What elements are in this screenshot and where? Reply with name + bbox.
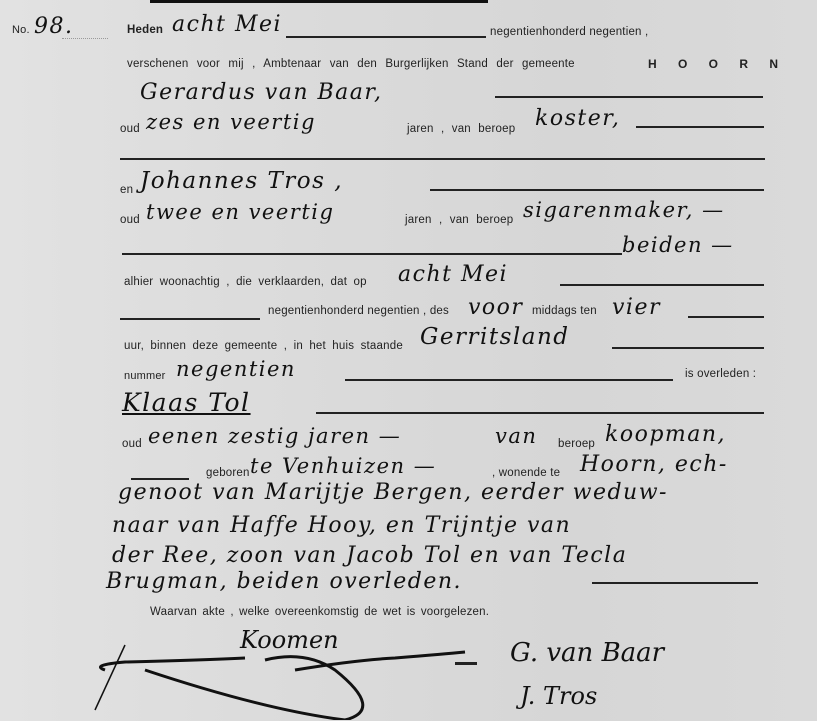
registrar-signature: Koomen xyxy=(240,626,339,654)
location-text: uur, binnen deze gemeente , in het huis … xyxy=(124,340,403,352)
label-van: van xyxy=(495,424,537,448)
both-text: beiden — xyxy=(622,233,734,257)
label-year: negentienhonderd negentien , des xyxy=(268,305,449,317)
witness2-occupation: sigarenmaker, — xyxy=(523,198,725,222)
death-date: acht Mei xyxy=(398,262,508,287)
appearance-text: verschenen voor mij , Ambtenaar van den … xyxy=(127,58,575,70)
witness2-age: twee en veertig xyxy=(146,200,334,224)
record-number: 98. xyxy=(34,14,74,39)
label-age-occupation: jaren , van beroep xyxy=(405,214,513,226)
deceased-age: eenen zestig jaren — xyxy=(148,424,401,448)
closing-statement: Waarvan akte , welke overeenkomstig de w… xyxy=(150,606,489,618)
birthplace: te Venhuizen — xyxy=(250,454,436,478)
label-geboren: geboren xyxy=(206,467,250,479)
label-year: negentienhonderd negentien , xyxy=(490,26,648,38)
label-en: en xyxy=(120,184,133,196)
label-heden: Heden xyxy=(127,24,163,36)
fill-line xyxy=(430,189,764,191)
declaration-date: acht Mei xyxy=(172,12,282,37)
label-beroep: beroep xyxy=(558,438,595,450)
time-of-day: voor xyxy=(468,295,523,320)
signature-dash xyxy=(455,662,477,665)
fill-line xyxy=(286,36,486,38)
spouse-text: genoot van Marijtje Bergen, eerder weduw… xyxy=(118,480,668,505)
house-number: negentien xyxy=(176,357,296,381)
previous-spouse-text: naar van Haffe Hooy, en Trijntje van xyxy=(112,513,571,538)
top-border xyxy=(150,0,488,3)
fill-line xyxy=(592,582,758,584)
municipality-name: H O O R N xyxy=(648,57,787,71)
residence: Hoorn, ech- xyxy=(580,452,728,477)
record-number-label: No. xyxy=(12,24,30,36)
label-died: is overleden : xyxy=(685,368,756,380)
fill-line xyxy=(636,126,764,128)
label-middags: middags ten xyxy=(532,305,597,317)
label-age-occupation: jaren , van beroep xyxy=(407,123,515,135)
witness2-name: Johannes Tros , xyxy=(140,168,343,194)
label-oud: oud xyxy=(122,438,142,450)
fill-line xyxy=(495,96,763,98)
parents-status-text: Brugman, beiden overleden. xyxy=(106,569,462,594)
residence-declaration-text: alhier woonachtig , die verklaarden, dat… xyxy=(124,276,367,288)
parents-text: der Ree, zoon van Jacob Tol en van Tecla xyxy=(112,543,627,568)
hour: vier xyxy=(612,295,661,320)
fill-line xyxy=(688,316,764,318)
label-nummer: nummer xyxy=(124,370,166,382)
fill-line xyxy=(122,253,622,255)
death-record-page: No. 98. Heden acht Mei negentienhonderd … xyxy=(0,0,817,721)
witness1-signature: G. van Baar xyxy=(510,638,664,668)
label-oud: oud xyxy=(120,123,140,135)
fill-line xyxy=(120,158,765,160)
fill-line xyxy=(316,412,764,414)
fill-line xyxy=(612,347,764,349)
fill-line xyxy=(120,318,260,320)
fill-line xyxy=(560,284,764,286)
witness2-signature: J. Tros xyxy=(520,682,597,710)
deceased-name: Klaas Tol xyxy=(122,388,251,417)
witness1-occupation: koster, xyxy=(535,106,620,131)
street-name: Gerritsland xyxy=(420,324,569,350)
deceased-occupation: koopman, xyxy=(605,422,726,447)
witness1-name: Gerardus van Baar, xyxy=(140,80,382,105)
label-oud: oud xyxy=(120,214,140,226)
label-wonende: , wonende te xyxy=(492,467,560,479)
dotted-line xyxy=(62,38,108,39)
witness1-age: zes en veertig xyxy=(146,110,316,134)
fill-line xyxy=(345,379,673,381)
